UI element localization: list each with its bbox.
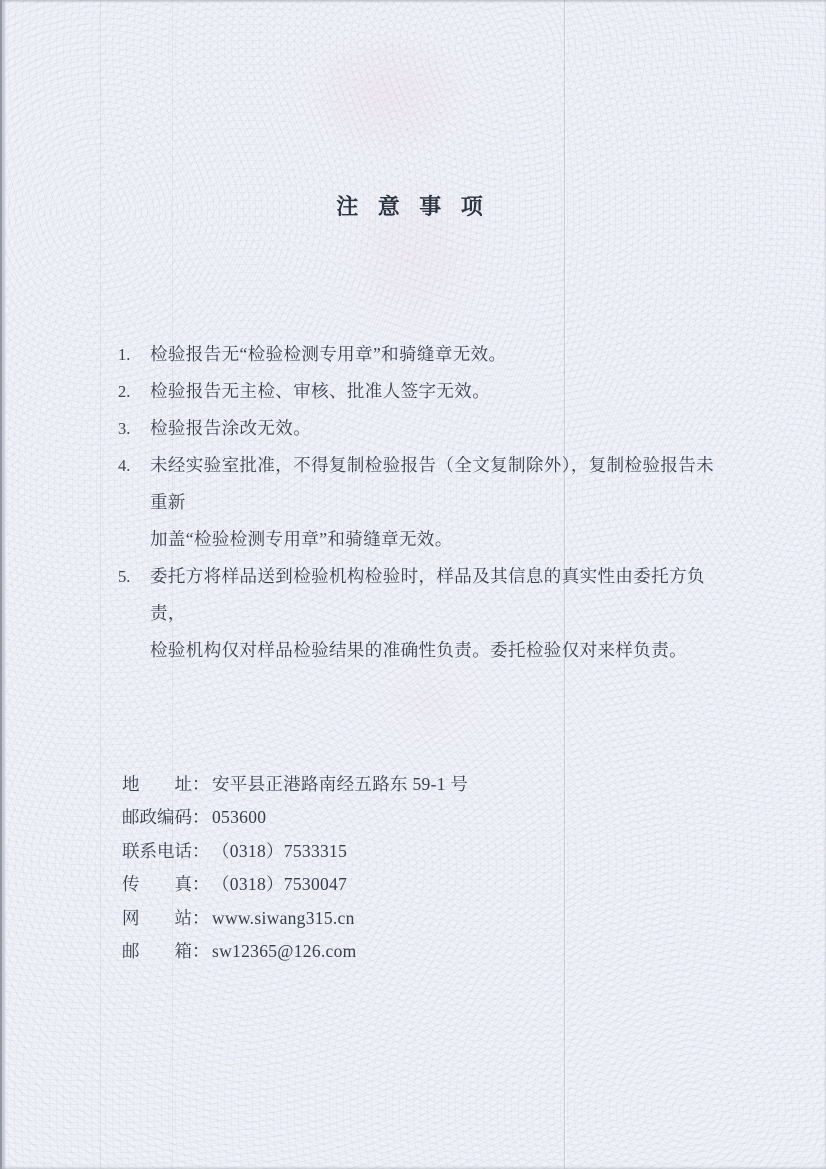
contact-row-postcode: 邮政编码： 053600 [122,801,602,834]
scan-edge-left [0,0,6,1169]
note-item-5: 5. 委托方将样品送到检验机构检验时，样品及其信息的真实性由委托方负责， 检验机… [118,558,724,669]
contact-value-address: 安平县正港路南经五路东 59-1 号 [212,768,602,801]
note-item-2: 2. 检验报告无主检、审核、批准人签字无效。 [118,373,724,410]
contact-value-phone: （0318）7533315 [212,835,602,868]
contact-label: 邮 箱： [122,935,212,968]
contact-label: 联系电话： [122,835,212,868]
contact-row-phone: 联系电话： （0318）7533315 [122,835,602,868]
note-number: 4. [118,447,150,484]
note-item-1: 1. 检验报告无“检验检测专用章”和骑缝章无效。 [118,336,724,373]
contact-value-postcode: 053600 [212,801,602,834]
note-text: 委托方将样品送到检验机构检验时，样品及其信息的真实性由委托方负责， 检验机构仅对… [150,558,724,669]
contact-value-email: sw12365@126.com [212,935,602,968]
note-text: 未经实验室批准，不得复制检验报告（全文复制除外），复制检验报告未重新 加盖“检验… [150,447,724,558]
fold-crease-left [100,0,101,1169]
contact-block: 地 址： 安平县正港路南经五路东 59-1 号 邮政编码： 053600 联系电… [122,768,602,968]
note-item-3: 3. 检验报告涂改无效。 [118,410,724,447]
notes-list: 1. 检验报告无“检验检测专用章”和骑缝章无效。 2. 检验报告无主检、审核、批… [118,336,724,669]
contact-value-website: www.siwang315.cn [212,902,602,935]
note-number: 2. [118,373,150,410]
contact-value-fax: （0318）7530047 [212,868,602,901]
contact-row-email: 邮 箱： sw12365@126.com [122,935,602,968]
contact-label: 地 址： [122,768,212,801]
notice-page: 注 意 事 项 1. 检验报告无“检验检测专用章”和骑缝章无效。 2. 检验报告… [0,0,826,1169]
contact-label: 邮政编码： [122,801,212,834]
contact-row-fax: 传 真： （0318）7530047 [122,868,602,901]
contact-label: 传 真： [122,868,212,901]
scan-edge-top [0,0,826,3]
note-text: 检验报告无主检、审核、批准人签字无效。 [150,373,724,410]
note-number: 1. [118,336,150,373]
contact-label: 网 站： [122,902,212,935]
note-number: 5. [118,558,150,595]
note-text: 检验报告涂改无效。 [150,410,724,447]
page-title: 注 意 事 项 [0,190,826,221]
note-text: 检验报告无“检验检测专用章”和骑缝章无效。 [150,336,724,373]
contact-row-website: 网 站： www.siwang315.cn [122,902,602,935]
note-item-4: 4. 未经实验室批准，不得复制检验报告（全文复制除外），复制检验报告未重新 加盖… [118,447,724,558]
contact-row-address: 地 址： 安平县正港路南经五路东 59-1 号 [122,768,602,801]
note-number: 3. [118,410,150,447]
